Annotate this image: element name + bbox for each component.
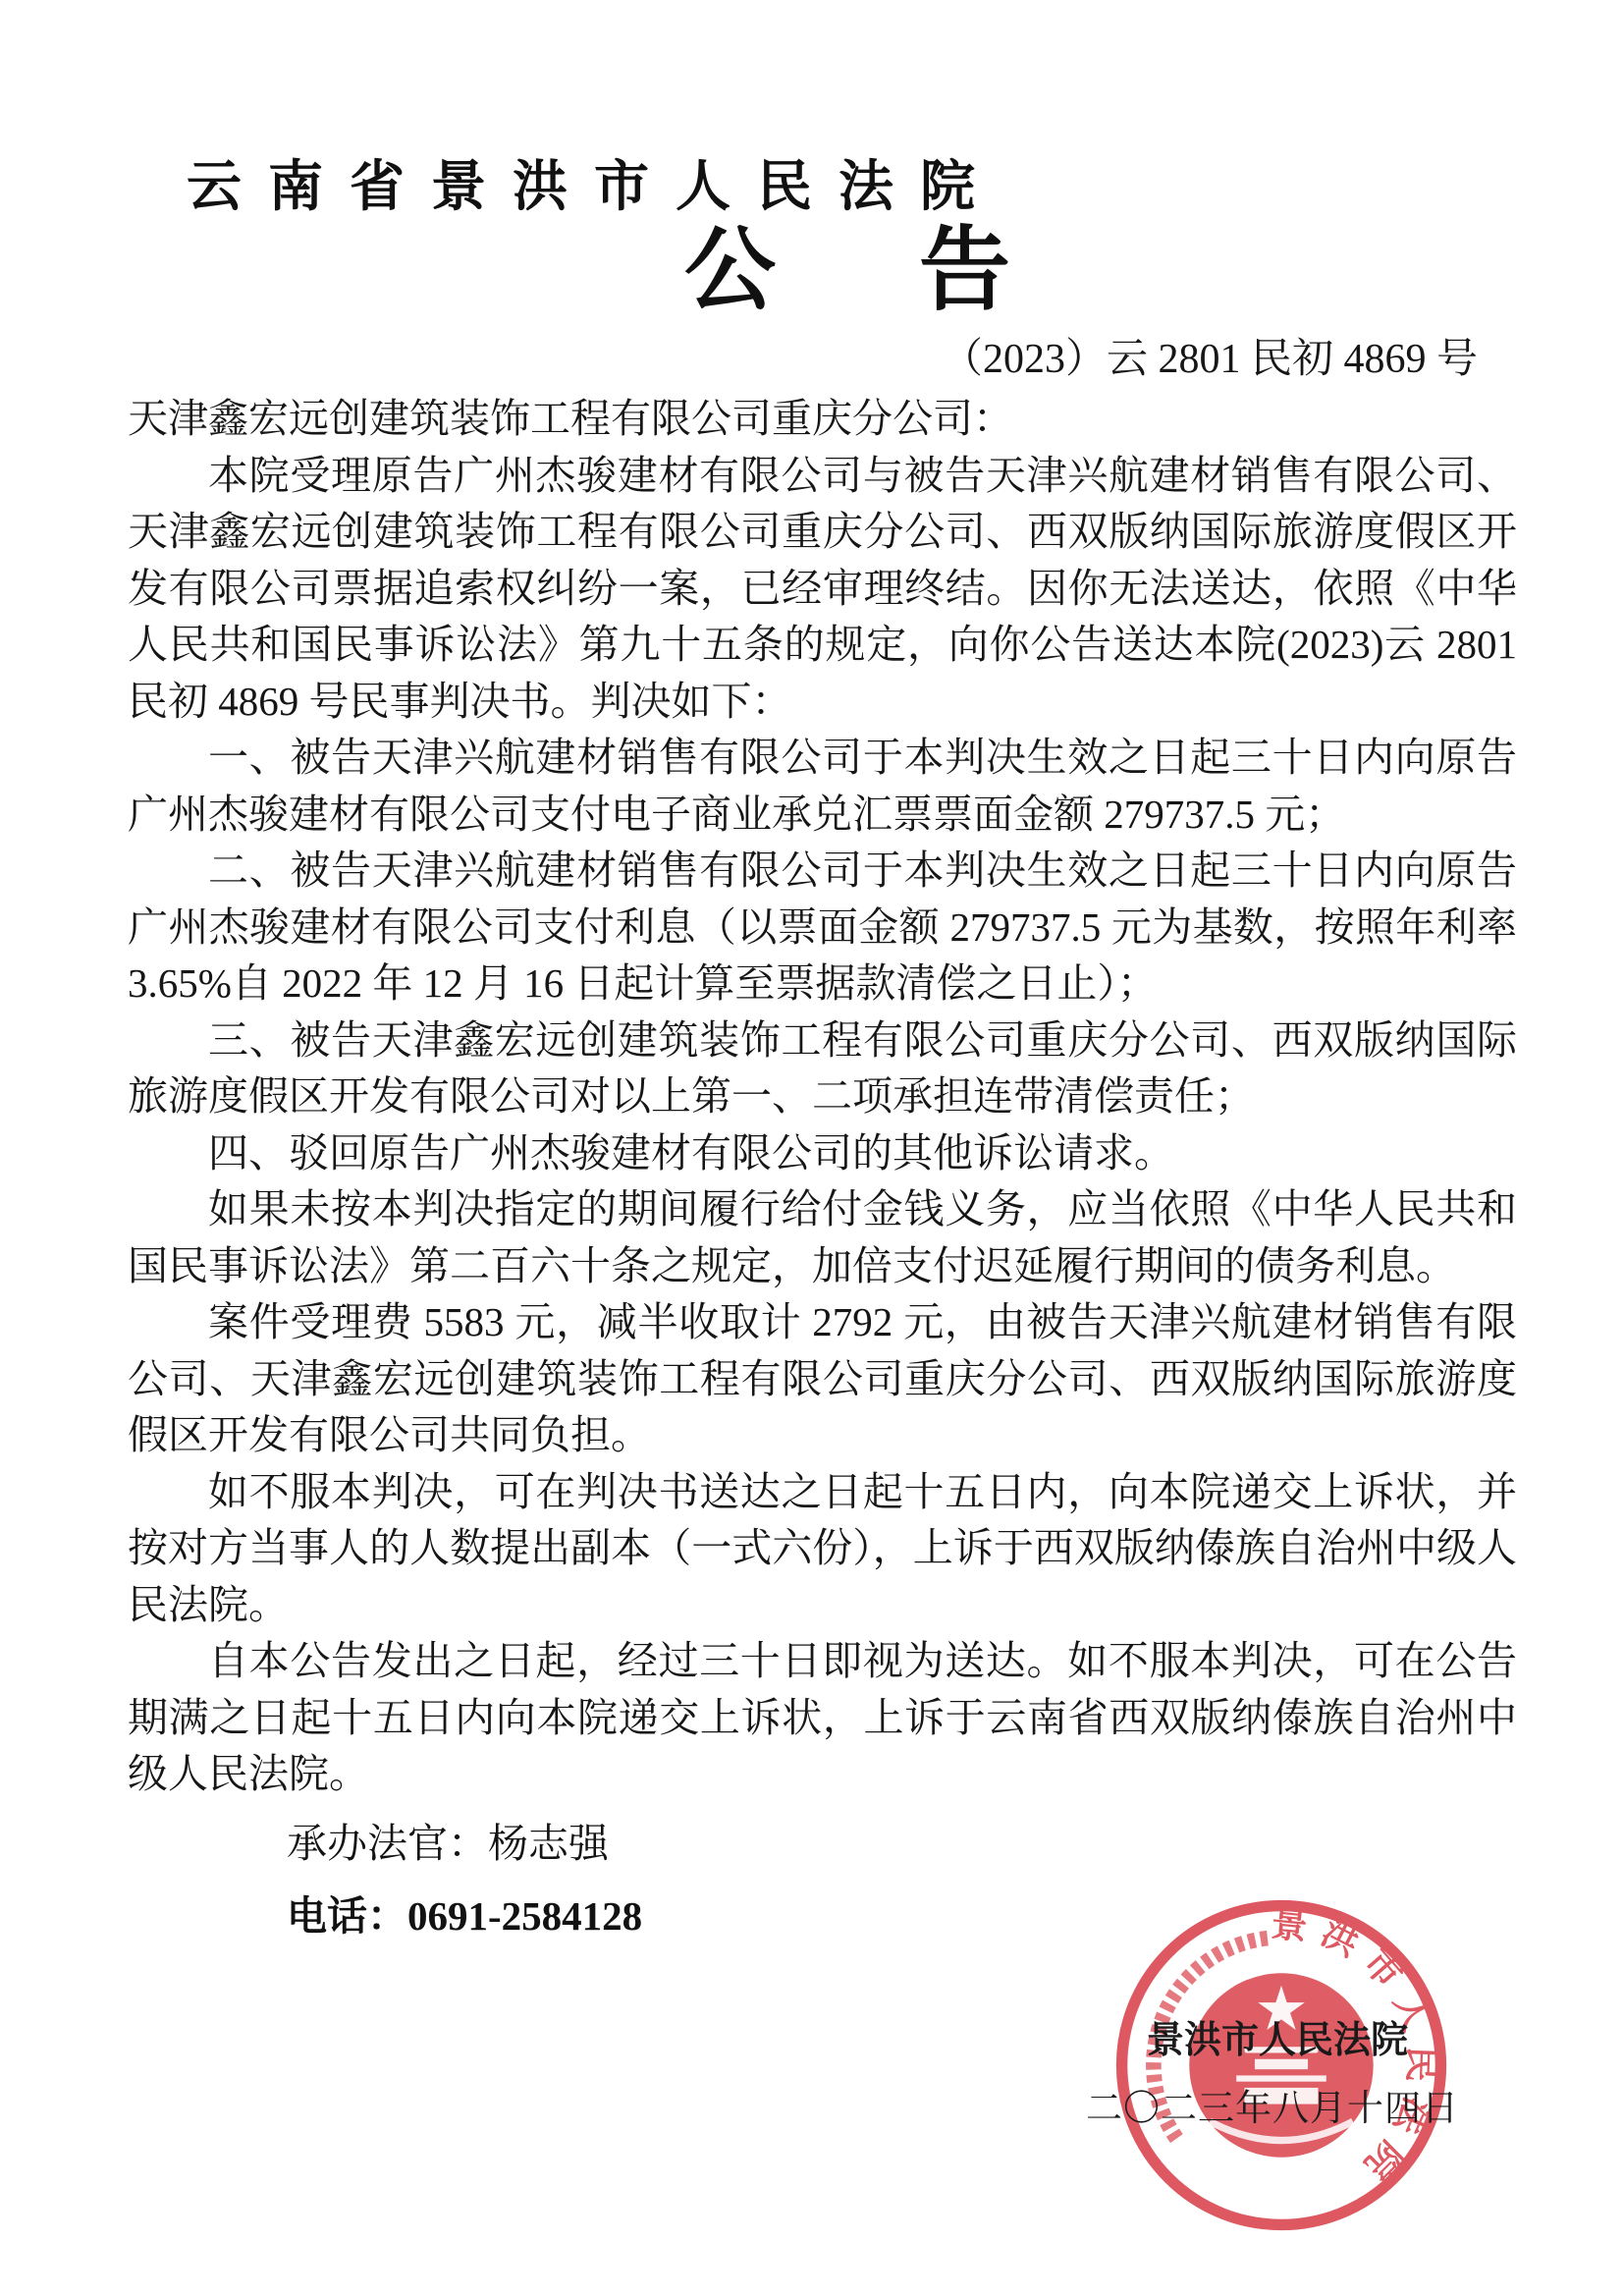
body-paragraph: 自本公告发出之日起，经过三十日即视为送达。如不服本判决，可在公告期满之日起十五日…	[128, 1633, 1517, 1803]
announcement-body: 天津鑫宏远创建筑装饰工程有限公司重庆分公司： 本院受理原告广州杰骏建材有限公司与…	[128, 391, 1517, 1803]
announcement-title: 公告	[684, 196, 1154, 328]
body-paragraph: 本院受理原告广州杰骏建材有限公司与被告天津兴航建材销售有限公司、天津鑫宏远创建筑…	[128, 448, 1517, 731]
body-paragraph: 二、被告天津兴航建材销售有限公司于本判决生效之日起三十日内向原告广州杰骏建材有限…	[128, 843, 1517, 1012]
signature-date: 二〇二三年八月十四日	[1086, 2078, 1459, 2131]
judge-line: 承办法官：杨志强	[287, 1807, 642, 1880]
body-paragraph: 如不服本判决，可在判决书送达之日起十五日内，向本院递交上诉状，并按对方当事人的人…	[128, 1464, 1517, 1634]
body-paragraph: 四、驳回原告广州杰骏建材有限公司的其他诉讼请求。	[128, 1125, 1517, 1182]
body-paragraphs: 本院受理原告广州杰骏建材有限公司与被告天津兴航建材销售有限公司、天津鑫宏远创建筑…	[128, 448, 1517, 1803]
court-seal: 景洪市人民法院	[1108, 1891, 1455, 2239]
body-paragraph: 案件受理费 5583 元，减半收取计 2792 元，由被告天津兴航建材销售有限公…	[128, 1294, 1517, 1464]
court-announcement-page: 云南省景洪市人民法院 公告 （2023）云 2801 民初 4869 号 天津鑫…	[0, 0, 1623, 2296]
phone-line: 电话：0691-2584128	[287, 1880, 642, 1952]
contact-block: 承办法官：杨志强 电话：0691-2584128	[287, 1807, 642, 1952]
court-seal-graphic: 景洪市人民法院	[1108, 1891, 1455, 2239]
body-paragraph: 如果未按本判决指定的期间履行给付金钱义务，应当依照《中华人民共和国民事诉讼法》第…	[128, 1181, 1517, 1294]
body-paragraph: 三、被告天津鑫宏远创建筑装饰工程有限公司重庆分公司、西双版纳国际旅游度假区开发有…	[128, 1012, 1517, 1125]
recipient-line: 天津鑫宏远创建筑装饰工程有限公司重庆分公司：	[128, 391, 1517, 448]
body-paragraph: 一、被告天津兴航建材销售有限公司于本判决生效之日起三十日内向原告广州杰骏建材有限…	[128, 730, 1517, 843]
signature-court-name: 景洪市人民法院	[1147, 2009, 1408, 2063]
case-number: （2023）云 2801 民初 4869 号	[0, 326, 1478, 385]
